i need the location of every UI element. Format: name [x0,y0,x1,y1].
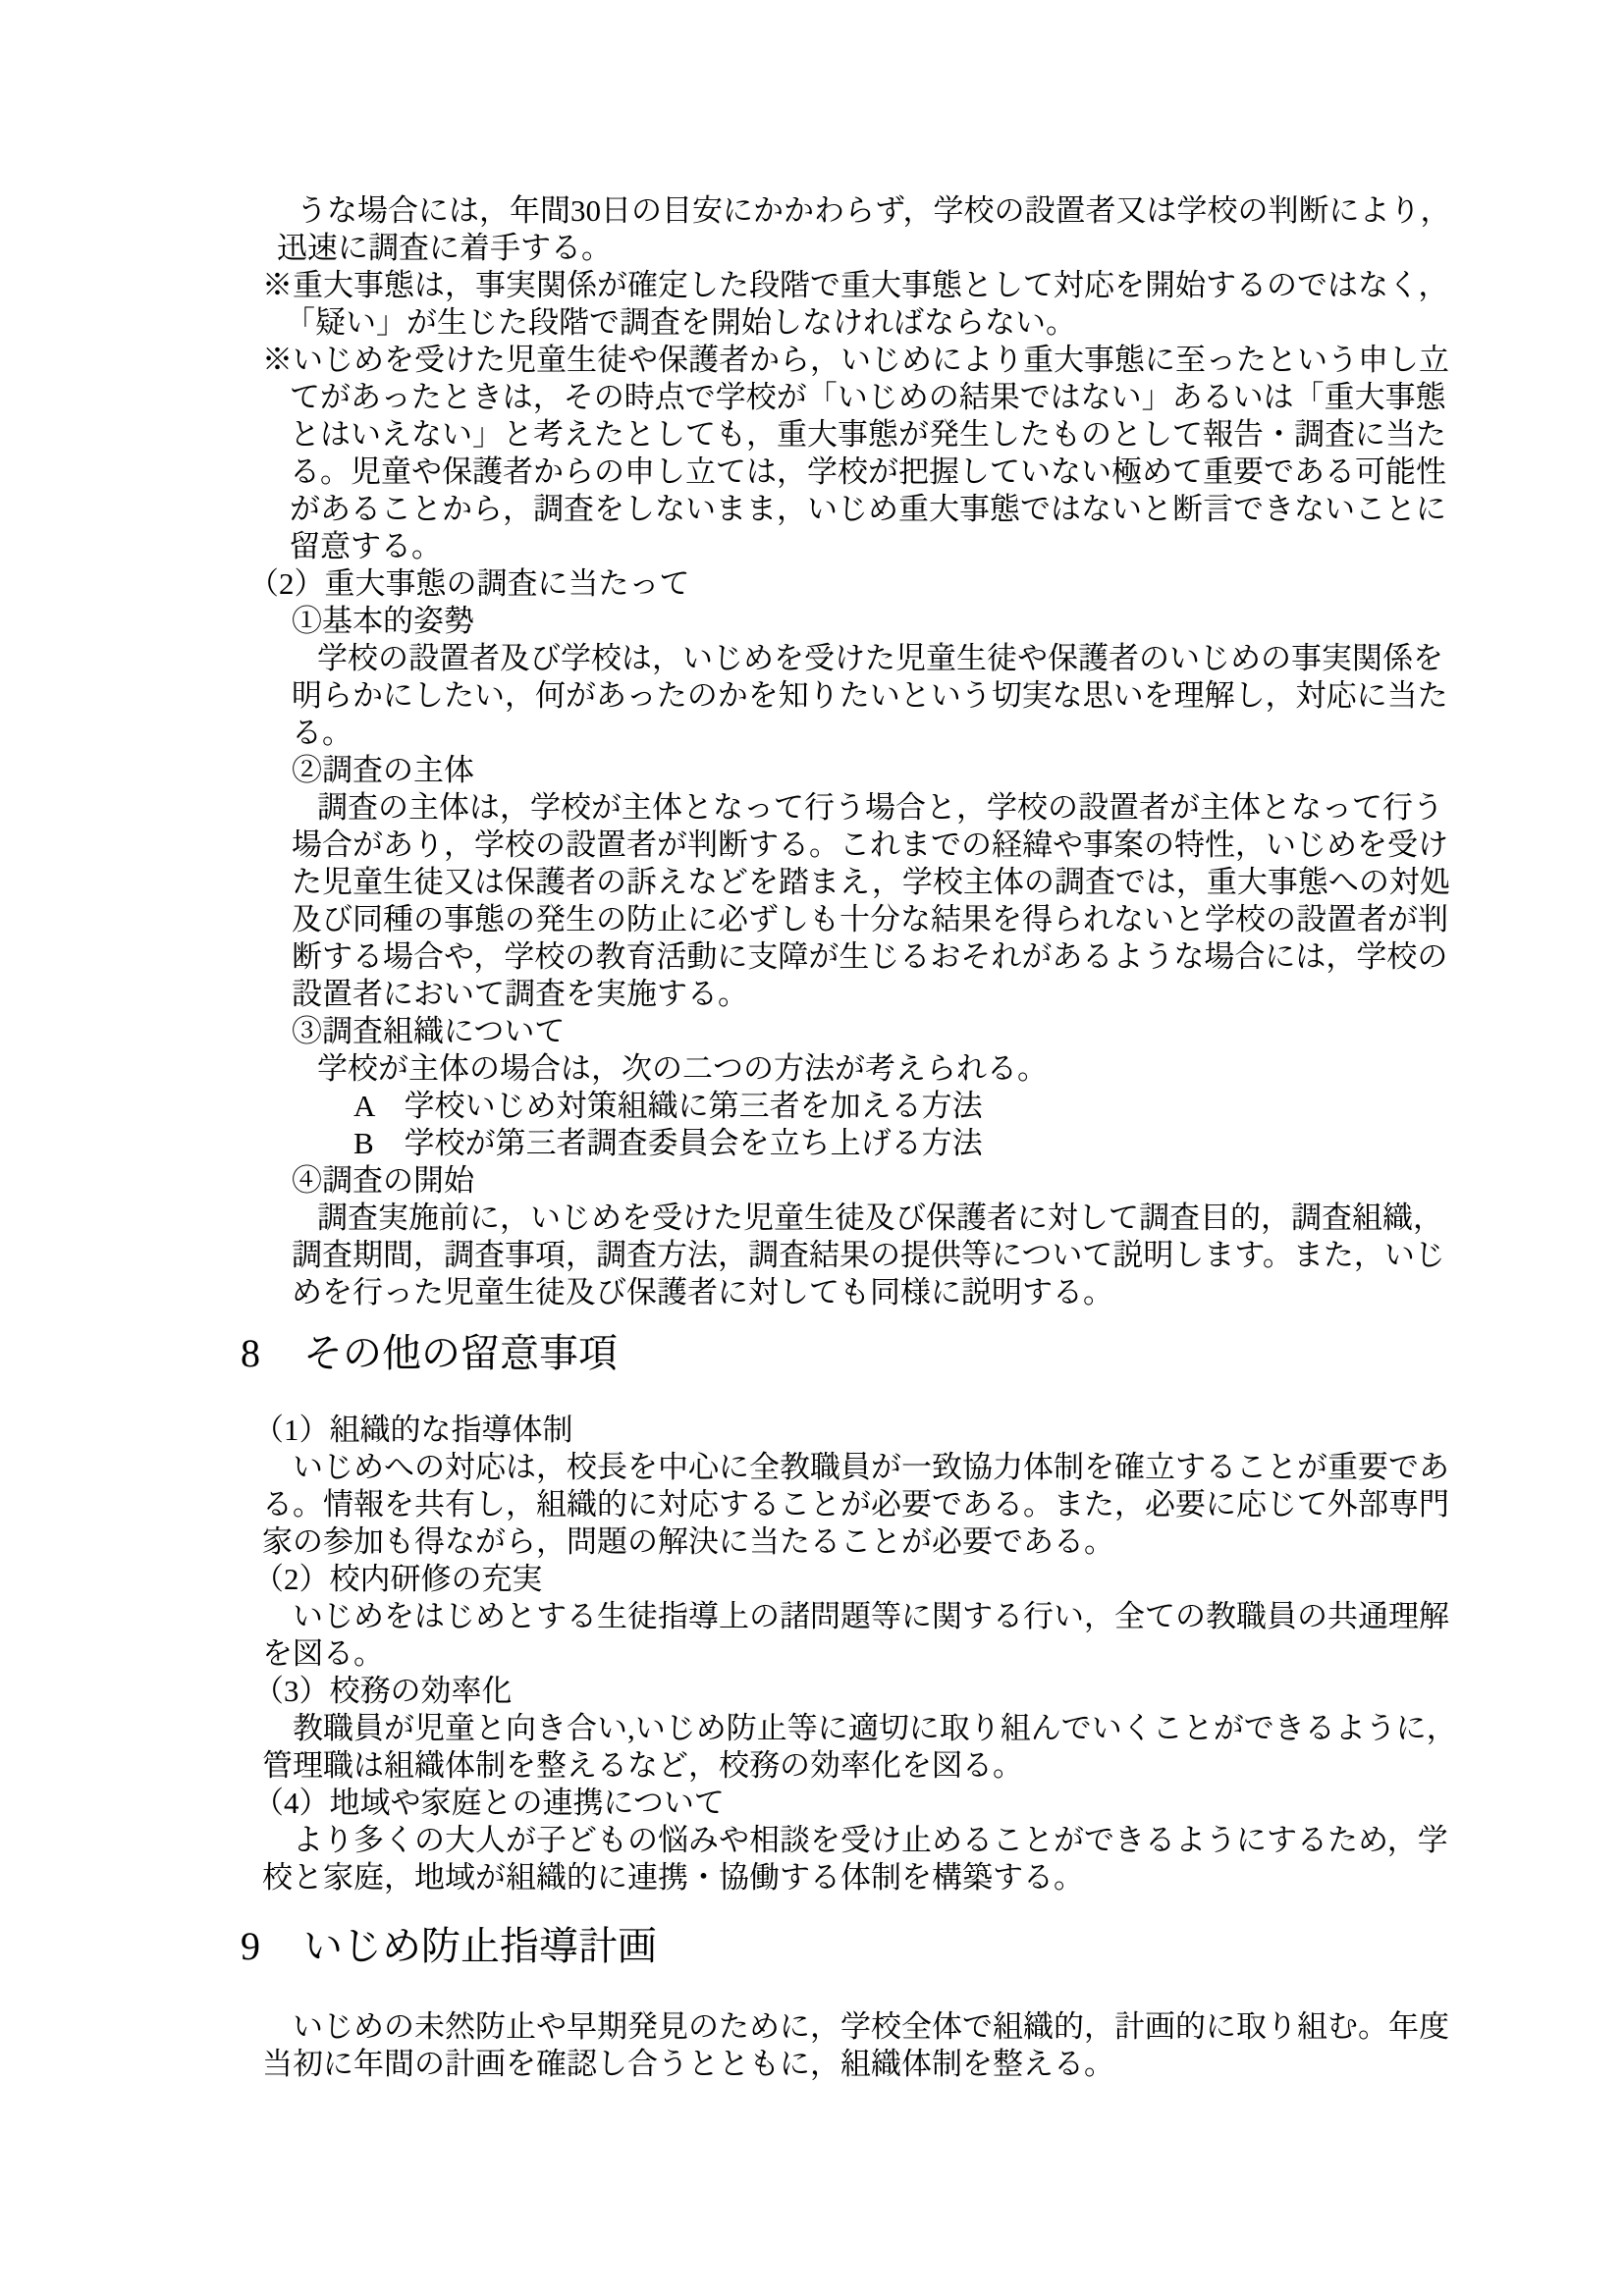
text-line: 管理職は組織体制を整えるなど，校務の効率化を図る。 [0,1747,1624,1785]
text-line: 設置者において調査を実施する。 [0,976,1624,1013]
text-line: めを行った児童生徒及び保護者に対しても同様に説明する。 [0,1274,1624,1311]
text-line: 当初に年間の計画を確認し合うとともに，組織体制を整える。 [0,2046,1624,2083]
text-line: いじめの未然防止や早期発見のために，学校全体で組織的，計画的に取り組む。年度 [0,2008,1624,2046]
text-line: 場合があり，学校の設置者が判断する。これまでの経緯や事案の特性，いじめを受け [0,827,1624,864]
text-line: A 学校いじめ対策組織に第三者を加える方法 [0,1088,1624,1125]
section-8-title: その他の留意事項 [303,1331,618,1375]
text-line: いじめをはじめとする生徒指導上の諸問題等に関する行い，全ての教職員の共通理解 [0,1598,1624,1635]
text-line: 家の参加も得ながら，問題の解決に当たることが必要である。 [0,1523,1624,1561]
text-line: 断する場合や，学校の教育活動に支障が生じるおそれがあるような場合には，学校の [0,938,1624,976]
text-line: る。情報を共有し，組織的に対応することが必要である。また，必要に応じて外部専門 [0,1486,1624,1523]
text-line: を図る。 [0,1635,1624,1673]
text-line: より多くの大人が子どもの悩みや相談を受け止めることができるようにするため，学 [0,1822,1624,1859]
section-7-continuation-lines: うな場合には，年間30日の目安にかかわらず，学校の設置者又は学校の判断により，迅… [0,192,1624,1311]
text-line: ②調査の主体 [0,752,1624,789]
text-line: B 学校が第三者調査委員会を立ち上げる方法 [0,1125,1624,1162]
text-line: とはいえない」と考えたとしても，重大事態が発生したものとして報告・調査に当た [0,416,1624,454]
text-line: 学校が主体の場合は，次の二つの方法が考えられる。 [0,1050,1624,1088]
section-8-lines: （1）組織的な指導体制いじめへの対応は，校長を中心に全教職員が一致協力体制を確立… [0,1412,1624,1896]
text-line: ④調査の開始 [0,1162,1624,1200]
section-9-title: いじめ防止指導計画 [303,1924,657,1968]
text-line: （2）重大事態の調査に当たって [0,565,1624,603]
text-line: る。児童や保護者からの申し立ては，学校が把握していない極めて重要である可能性 [0,454,1624,491]
text-line: 調査期間，調査事項，調査方法，調査結果の提供等について説明します。また，いじ [0,1237,1624,1274]
text-line: があることから，調査をしないまま，いじめ重大事態ではないと断言できないことに [0,491,1624,528]
text-line: （3）校務の効率化 [0,1673,1624,1710]
section-9-heading: 9いじめ防止指導計画 [0,1924,1624,1969]
text-line: ③調査組織について [0,1013,1624,1050]
text-line: 留意する。 [0,528,1624,565]
text-line: ①基本的姿勢 [0,603,1624,640]
section-8-number: 8 [241,1331,260,1375]
document-body: うな場合には，年間30日の目安にかかわらず，学校の設置者又は学校の判断により，迅… [0,0,1624,2083]
text-line: 調査の主体は，学校が主体となって行う場合と，学校の設置者が主体となって行う [0,789,1624,827]
text-line: ※いじめを受けた児童生徒や保護者から，いじめにより重大事態に至ったという申し立 [0,342,1624,379]
text-line: （2）校内研修の充実 [0,1561,1624,1598]
text-line: た児童生徒又は保護者の訴えなどを踏まえ，学校主体の調査では，重大事態への対処 [0,864,1624,901]
text-line: 調査実施前に，いじめを受けた児童生徒及び保護者に対して調査目的，調査組織， [0,1200,1624,1237]
text-line: 学校の設置者及び学校は，いじめを受けた児童生徒や保護者のいじめの事実関係を [0,640,1624,677]
section-8-heading: 8その他の留意事項 [0,1331,1624,1376]
text-line: うな場合には，年間30日の目安にかかわらず，学校の設置者又は学校の判断により， [0,192,1624,230]
text-line: 明らかにしたい，何があったのかを知りたいという切実な思いを理解し，対応に当た [0,677,1624,715]
text-line: 「疑い」が生じた段階で調査を開始しなければならない。 [0,304,1624,342]
text-line: ※重大事態は，事実関係が確定した段階で重大事態として対応を開始するのではなく， [0,267,1624,304]
text-line: （1）組織的な指導体制 [0,1412,1624,1449]
text-line: る。 [0,715,1624,752]
section-9-number: 9 [241,1924,260,1968]
section-9-lines: いじめの未然防止や早期発見のために，学校全体で組織的，計画的に取り組む。年度当初… [0,2008,1624,2083]
document-page: うな場合には，年間30日の目安にかかわらず，学校の設置者又は学校の判断により，迅… [0,0,1624,2296]
text-line: 及び同種の事態の発生の防止に必ずしも十分な結果を得られないと学校の設置者が判 [0,901,1624,938]
text-line: （4）地域や家庭との連携について [0,1785,1624,1822]
text-line: てがあったときは，その時点で学校が「いじめの結果ではない」あるいは「重大事態 [0,379,1624,416]
text-line: いじめへの対応は，校長を中心に全教職員が一致協力体制を確立することが重要であ [0,1449,1624,1486]
text-line: 教職員が児童と向き合い,いじめ防止等に適切に取り組んでいくことができるように， [0,1710,1624,1747]
text-line: 校と家庭，地域が組織的に連携・協働する体制を構築する。 [0,1859,1624,1896]
text-line: 迅速に調査に着手する。 [0,230,1624,267]
